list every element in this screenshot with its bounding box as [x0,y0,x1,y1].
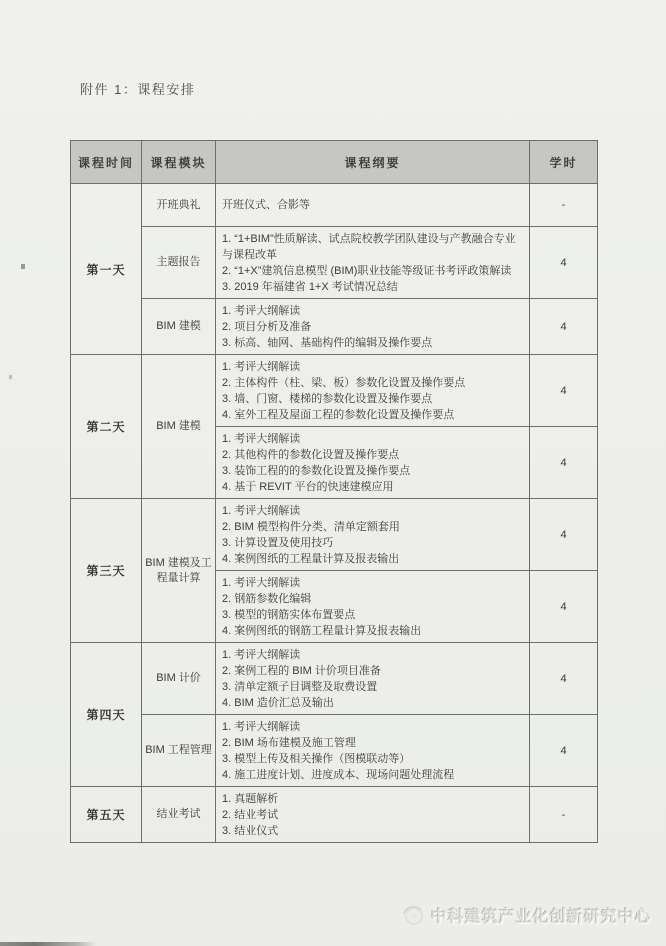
outline-line: 2. 主体构件（柱、梁、板）参数化设置及操作要点 [222,375,524,391]
outline-line: 3. 模型上传及相关操作（图模联动等） [222,751,524,767]
footer-brand-text: 中科建筑产业化创新研究中心 [431,904,652,927]
module-cell: 结业考试 [142,787,216,843]
hours-cell: 4 [530,355,598,427]
outline-cell: 1. 考评大纲解读2. 项目分析及准备3. 标高、轴网、基础构件的编辑及操作要点 [216,299,530,355]
outline-cell: 1. 考评大纲解读2. BIM 模型构件分类、清单定额套用3. 计算设置及使用技… [216,499,530,571]
outline-line: 4. 基于 REVIT 平台的快速建模应用 [222,479,524,495]
day-label-5: 第五天 [71,787,142,843]
outline-line: 开班仪式、合影等 [222,197,524,213]
outline-line: 3. 清单定额子目调整及取费设置 [222,679,524,695]
outline-line: 1. 考评大纲解读 [222,431,524,447]
table-row: 第二天 BIM 建模 1. 考评大纲解读2. 主体构件（柱、梁、板）参数化设置及… [71,355,598,427]
hours-cell: 4 [530,227,598,299]
outline-line: 2. 钢筋参数化编辑 [222,591,524,607]
outline-line: 1. 真题解析 [222,791,524,807]
day-label-1: 第一天 [71,184,142,355]
outline-line: 1. 考评大纲解读 [222,647,524,663]
outline-cell: 开班仪式、合影等 [216,184,530,227]
outline-line: 1. 考评大纲解读 [222,359,524,375]
outline-line: 3. 2019 年福建省 1+X 考试情况总结 [222,279,524,295]
table-row: 第一天 开班典礼 开班仪式、合影等 - [71,184,598,227]
outline-line: 2. “1+X”建筑信息模型 (BIM)职业技能等级证书考评政策解读 [222,263,524,279]
hours-cell: - [530,184,598,227]
outline-line: 2. BIM 场布建模及施工管理 [222,735,524,751]
outline-cell: 1. 考评大纲解读2. 其他构件的参数化设置及操作要点3. 装饰工程的的参数化设… [216,427,530,499]
day-label-2: 第二天 [71,355,142,499]
hours-cell: - [530,787,598,843]
course-schedule-table: 课程时间 课程模块 课程纲要 学时 第一天 开班典礼 开班仪式、合影等 - 主题… [70,140,598,843]
hours-cell: 4 [530,499,598,571]
hours-cell: 4 [530,299,598,355]
outline-line: 2. 项目分析及准备 [222,319,524,335]
outline-cell: 1. 考评大纲解读2. BIM 场布建模及施工管理3. 模型上传及相关操作（图模… [216,715,530,787]
module-cell: 开班典礼 [142,184,216,227]
scan-artifact-speck [9,375,12,379]
outline-line: 3. 结业仪式 [222,823,524,839]
outline-line: 2. 案例工程的 BIM 计价项目准备 [222,663,524,679]
outline-line: 4. 施工进度计划、进度成本、现场问题处理流程 [222,767,524,783]
day-label-3: 第三天 [71,499,142,643]
outline-cell: 1. 考评大纲解读2. 案例工程的 BIM 计价项目准备3. 清单定额子目调整及… [216,643,530,715]
module-cell: BIM 工程管理 [142,715,216,787]
table-row: BIM 工程管理 1. 考评大纲解读2. BIM 场布建模及施工管理3. 模型上… [71,715,598,787]
outline-cell: 1. 真题解析2. 结业考试3. 结业仪式 [216,787,530,843]
outline-line: 1. “1+BIM”性质解读、试点院校教学团队建设与产教融合专业与课程改革 [222,231,524,263]
footer-brand: 中科建筑产业化创新研究中心 [401,903,652,927]
document-title: 附件 1：课程安排 [80,79,195,98]
outline-cell: 1. 考评大纲解读2. 钢筋参数化编辑3. 模型的钢筋实体布置要点4. 案例图纸… [216,571,530,643]
outline-line: 2. BIM 模型构件分类、清单定额套用 [222,519,524,535]
table-row: BIM 建模 1. 考评大纲解读2. 项目分析及准备3. 标高、轴网、基础构件的… [71,299,598,355]
table-row: 主题报告 1. “1+BIM”性质解读、试点院校教学团队建设与产教融合专业与课程… [71,227,598,299]
outline-line: 1. 考评大纲解读 [222,575,524,591]
outline-line: 2. 结业考试 [222,807,524,823]
outline-cell: 1. 考评大纲解读2. 主体构件（柱、梁、板）参数化设置及操作要点3. 墙、门窗… [216,355,530,427]
outline-line: 4. 案例图纸的工程量计算及报表输出 [222,551,524,567]
scanned-document-page: 附件 1：课程安排 课程时间 课程模块 课程纲要 学时 第一天 开班典礼 开班仪… [0,0,666,946]
outline-line: 3. 标高、轴网、基础构件的编辑及操作要点 [222,335,524,351]
hours-cell: 4 [530,571,598,643]
outline-line: 3. 模型的钢筋实体布置要点 [222,607,524,623]
hours-cell: 4 [530,427,598,499]
outline-line: 4. 室外工程及屋面工程的参数化设置及操作要点 [222,407,524,423]
column-header-outline: 课程纲要 [216,141,530,184]
outline-line: 1. 考评大纲解读 [222,719,524,735]
module-cell: 主题报告 [142,227,216,299]
hours-cell: 4 [530,715,598,787]
outline-line: 4. 案例图纸的钢筋工程量计算及报表输出 [222,623,524,639]
outline-line: 3. 计算设置及使用技巧 [222,535,524,551]
outline-line: 3. 装饰工程的的参数化设置及操作要点 [222,463,524,479]
column-header-time: 课程时间 [71,141,142,184]
scan-edge-bar [0,942,97,946]
outline-line: 3. 墙、门窗、楼梯的参数化设置及操作要点 [222,391,524,407]
table-header-row: 课程时间 课程模块 课程纲要 学时 [71,141,598,184]
module-cell: BIM 建模及工程量计算 [142,499,216,643]
scan-artifact-speck [21,264,25,269]
module-cell: BIM 建模 [142,355,216,499]
outline-line: 4. BIM 造价汇总及输出 [222,695,524,711]
table-row: 第三天 BIM 建模及工程量计算 1. 考评大纲解读2. BIM 模型构件分类、… [71,499,598,571]
module-cell: BIM 建模 [142,299,216,355]
outline-line: 1. 考评大纲解读 [222,503,524,519]
brand-logo-icon [401,903,425,927]
hours-cell: 4 [530,643,598,715]
outline-line: 1. 考评大纲解读 [222,303,524,319]
module-cell: BIM 计价 [142,643,216,715]
outline-cell: 1. “1+BIM”性质解读、试点院校教学团队建设与产教融合专业与课程改革2. … [216,227,530,299]
column-header-hours: 学时 [530,141,598,184]
table-row: 第五天 结业考试 1. 真题解析2. 结业考试3. 结业仪式 - [71,787,598,843]
table-row: 第四天 BIM 计价 1. 考评大纲解读2. 案例工程的 BIM 计价项目准备3… [71,643,598,715]
day-label-4: 第四天 [71,643,142,787]
outline-line: 2. 其他构件的参数化设置及操作要点 [222,447,524,463]
column-header-module: 课程模块 [142,141,216,184]
